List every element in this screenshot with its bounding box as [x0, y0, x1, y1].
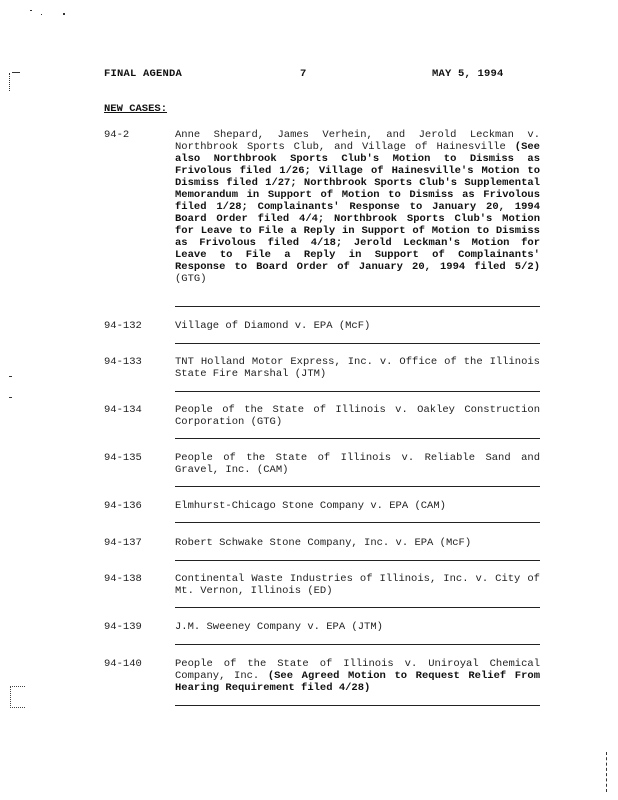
case-number: 94-133 [104, 356, 142, 368]
divider-line [175, 705, 540, 706]
case-number: 94-2 [104, 129, 129, 141]
document-page: FINAL AGENDA 7 MAY 5, 1994 NEW CASES: 94… [0, 0, 618, 800]
divider-line [175, 343, 540, 344]
case-caption: People of the State of Illinois v. Oakle… [175, 404, 540, 428]
section-heading-new-cases: NEW CASES: [104, 103, 167, 115]
divider-line [175, 486, 540, 487]
case-number: 94-134 [104, 404, 142, 416]
case-caption: J.M. Sweeney Company v. EPA (JTM) [175, 621, 540, 633]
scan-speck [9, 376, 12, 377]
case-assignee: (GTG) [175, 273, 207, 285]
divider-line [175, 522, 540, 523]
divider-line [175, 306, 540, 307]
case-number: 94-139 [104, 621, 142, 633]
case-caption: Elmhurst-Chicago Stone Company v. EPA (C… [175, 500, 540, 512]
case-caption: Robert Schwake Stone Company, Inc. v. EP… [175, 537, 540, 549]
divider-line [175, 438, 540, 439]
scan-speck [63, 13, 65, 15]
scan-speck [606, 752, 608, 792]
case-caption: People of the State of Illinois v. Uniro… [175, 658, 540, 694]
divider-line [175, 644, 540, 645]
divider-line [175, 391, 540, 392]
case-caption: Village of Diamond v. EPA (McF) [175, 320, 540, 332]
case-number: 94-137 [104, 537, 142, 549]
case-caption: Continental Waste Industries of Illinois… [175, 573, 540, 597]
case-filings-note: (See also Northbrook Sports Club's Motio… [175, 141, 540, 273]
case-number: 94-136 [104, 500, 142, 512]
case-number: 94-140 [104, 658, 142, 670]
scan-speck [41, 14, 42, 15]
divider-line [175, 560, 540, 561]
case-caption: Anne Shepard, James Verhein, and Jerold … [175, 129, 540, 285]
agenda-date: MAY 5, 1994 [432, 68, 504, 80]
scan-speck [10, 686, 25, 708]
case-number: 94-135 [104, 452, 142, 464]
scan-speck [9, 73, 11, 91]
divider-line [175, 607, 540, 608]
agenda-title: FINAL AGENDA [104, 68, 182, 80]
scan-speck [9, 397, 12, 398]
case-parties: Anne Shepard, James Verhein, and Jerold … [175, 129, 540, 153]
case-caption: People of the State of Illinois v. Relia… [175, 452, 540, 476]
scan-speck [12, 72, 20, 73]
case-caption: TNT Holland Motor Express, Inc. v. Offic… [175, 356, 540, 380]
case-number: 94-132 [104, 320, 142, 332]
scan-speck [30, 10, 32, 11]
page-number: 7 [300, 68, 307, 80]
case-number: 94-138 [104, 573, 142, 585]
